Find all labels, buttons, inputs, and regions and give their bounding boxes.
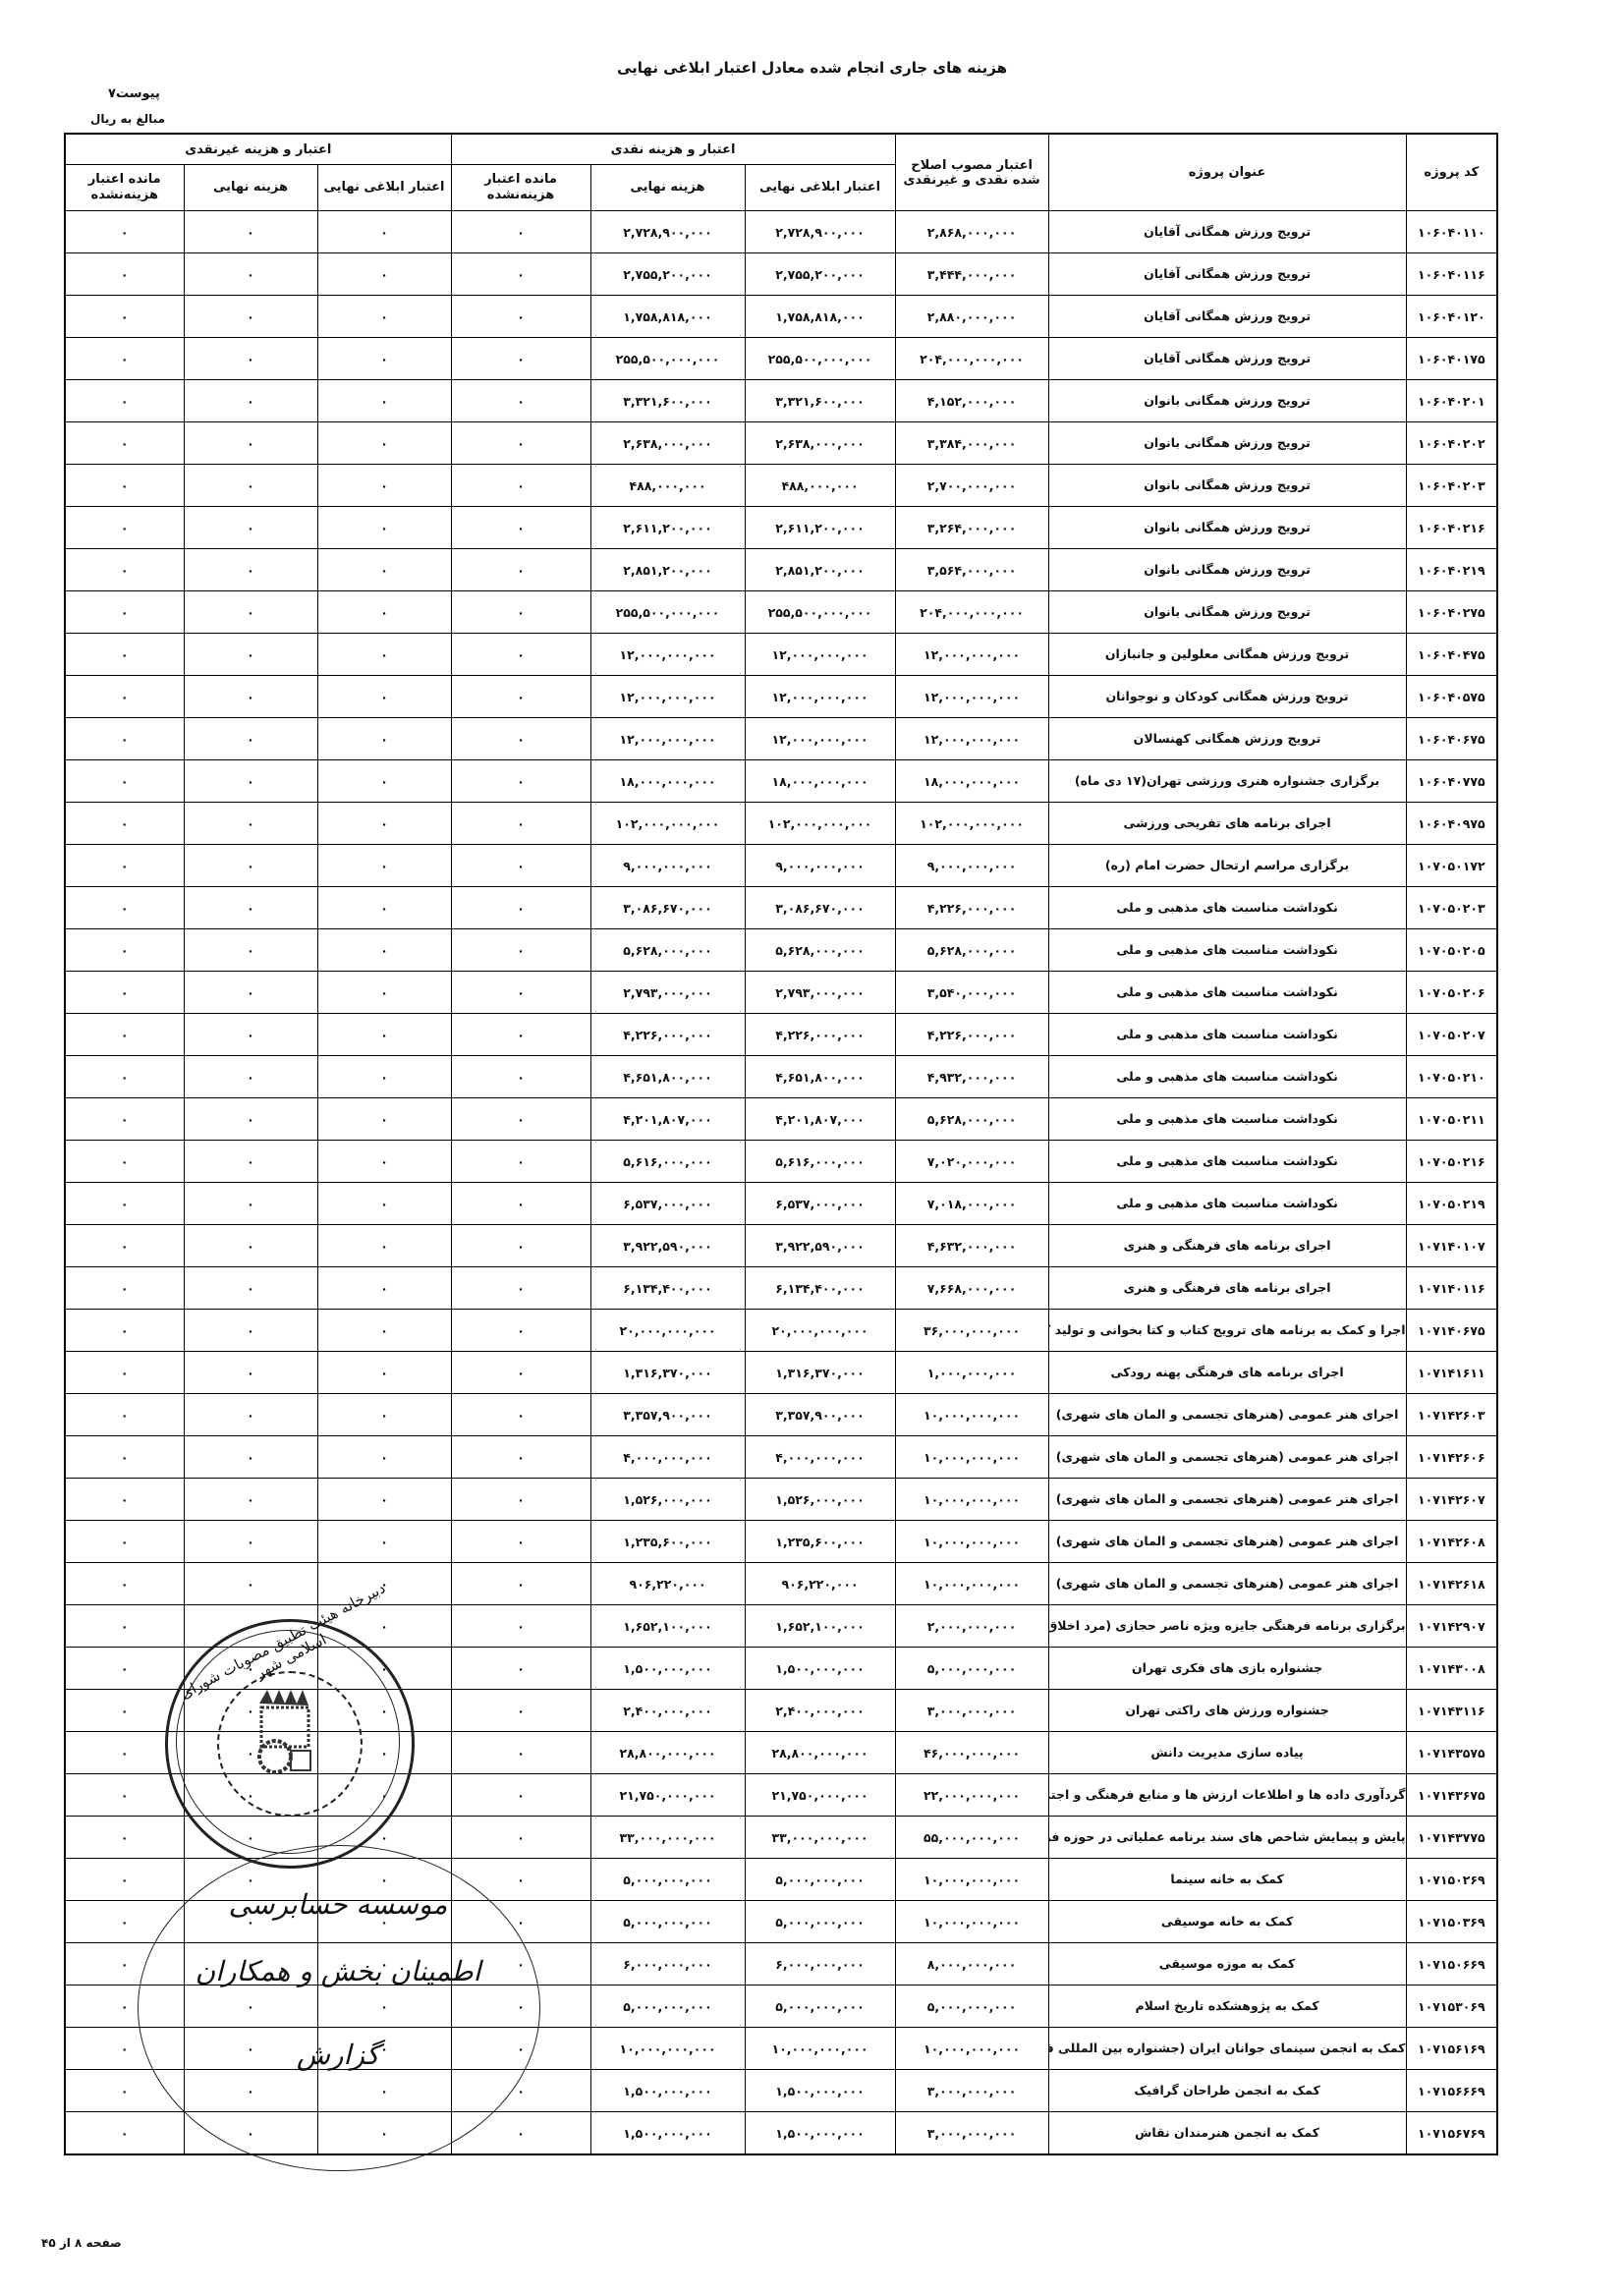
noncash-expense-cell: ٠	[184, 380, 317, 422]
cash-expense-cell: ۴,۲۲۶,۰۰۰,۰۰۰	[590, 1014, 745, 1056]
noncash-unspent-cell: ٠	[65, 1267, 184, 1310]
cash-unspent-cell: ٠	[451, 760, 590, 803]
table-row: ٠٠٠٠۲۵۵,۵۰۰,۰۰۰,۰۰۰۲۵۵,۵۰۰,۰۰۰,۰۰۰۲۰۴,۰۰…	[65, 591, 1497, 634]
noncash-expense-cell: ٠	[184, 1225, 317, 1267]
noncash-expense-cell: ٠	[184, 1479, 317, 1521]
cash-allocation-cell: ۴,۲۰۱,۸۰۷,۰۰۰	[745, 1098, 895, 1141]
approved-revised-cell: ۴,۶۳۲,۰۰۰,۰۰۰	[895, 1225, 1048, 1267]
approved-revised-cell: ۷,۰۱۸,۰۰۰,۰۰۰	[895, 1183, 1048, 1225]
noncash-unspent-cell: ٠	[65, 380, 184, 422]
table-row: ٠٠٠٠۳,۹۲۲,۵۹۰,۰۰۰۳,۹۲۲,۵۹۰,۰۰۰۴,۶۳۲,۰۰۰,…	[65, 1225, 1497, 1267]
project-title-cell: کمک به انجمن سینمای جوانان ایران (جشنوار…	[1048, 2028, 1406, 2070]
noncash-unspent-cell: ٠	[65, 1014, 184, 1056]
noncash-unspent-cell: ٠	[65, 1943, 184, 1985]
approved-revised-cell: ۲۰۴,۰۰۰,۰۰۰,۰۰۰	[895, 591, 1048, 634]
approved-revised-cell: ۱۲,۰۰۰,۰۰۰,۰۰۰	[895, 718, 1048, 760]
cash-expense-cell: ۱,۵۰۰,۰۰۰,۰۰۰	[590, 1648, 745, 1690]
noncash-unspent-cell: ٠	[65, 1563, 184, 1605]
noncash-allocation-cell: ٠	[317, 634, 451, 676]
cash-allocation-cell: ۲,۷۵۵,۲۰۰,۰۰۰	[745, 253, 895, 296]
project-title-cell: اجرا و کمک به برنامه های ترویج کتاب و کت…	[1048, 1310, 1406, 1352]
table-row: ٠٠٠٠۹۰۶,۲۲۰,۰۰۰۹۰۶,۲۲۰,۰۰۰۱۰,۰۰۰,۰۰۰,۰۰۰…	[65, 1563, 1497, 1605]
cash-allocation-cell: ۱۰۲,۰۰۰,۰۰۰,۰۰۰	[745, 803, 895, 845]
table-row: ٠٠٠٠۱۲,۰۰۰,۰۰۰,۰۰۰۱۲,۰۰۰,۰۰۰,۰۰۰۱۲,۰۰۰,۰…	[65, 634, 1497, 676]
table-row: ٠٠٠٠۵,۶۲۸,۰۰۰,۰۰۰۵,۶۲۸,۰۰۰,۰۰۰۵,۶۲۸,۰۰۰,…	[65, 929, 1497, 972]
table-row: ٠٠٠٠۵,۰۰۰,۰۰۰,۰۰۰۵,۰۰۰,۰۰۰,۰۰۰۱۰,۰۰۰,۰۰۰…	[65, 1859, 1497, 1901]
noncash-allocation-cell: ٠	[317, 1225, 451, 1267]
cash-allocation-cell: ۱۸,۰۰۰,۰۰۰,۰۰۰	[745, 760, 895, 803]
noncash-allocation-cell: ٠	[317, 211, 451, 253]
table-row: ٠٠٠٠۱,۶۵۲,۱۰۰,۰۰۰۱,۶۵۲,۱۰۰,۰۰۰۲,۰۰۰,۰۰۰,…	[65, 1605, 1497, 1648]
table-row: ٠٠٠٠۹,۰۰۰,۰۰۰,۰۰۰۹,۰۰۰,۰۰۰,۰۰۰۹,۰۰۰,۰۰۰,…	[65, 845, 1497, 887]
noncash-expense-cell: ٠	[184, 507, 317, 549]
cash-allocation-cell: ۱,۵۰۰,۰۰۰,۰۰۰	[745, 2112, 895, 2155]
cash-unspent-cell: ٠	[451, 422, 590, 465]
cash-allocation-cell: ۵,۶۱۶,۰۰۰,۰۰۰	[745, 1141, 895, 1183]
cash-unspent-cell: ٠	[451, 972, 590, 1014]
project-title-cell: اجرای برنامه های فرهنگی پهنه رودکی	[1048, 1352, 1406, 1394]
cash-allocation-cell: ۶,۰۰۰,۰۰۰,۰۰۰	[745, 1943, 895, 1985]
cash-unspent-cell: ٠	[451, 2112, 590, 2155]
table-row: ٠٠٠٠۳,۰۸۶,۶۷۰,۰۰۰۳,۰۸۶,۶۷۰,۰۰۰۴,۲۲۶,۰۰۰,…	[65, 887, 1497, 929]
cash-expense-cell: ۱۲,۰۰۰,۰۰۰,۰۰۰	[590, 634, 745, 676]
project-code-cell: ۱۰۷۱۴۳۵۷۵	[1406, 1732, 1497, 1774]
table-row: ٠٠٠٠۱۸,۰۰۰,۰۰۰,۰۰۰۱۸,۰۰۰,۰۰۰,۰۰۰۱۸,۰۰۰,۰…	[65, 760, 1497, 803]
approved-revised-cell: ۷,۶۶۸,۰۰۰,۰۰۰	[895, 1267, 1048, 1310]
cash-expense-cell: ۴,۲۰۱,۸۰۷,۰۰۰	[590, 1098, 745, 1141]
cash-unspent-cell: ٠	[451, 1563, 590, 1605]
header-approved-revised: اعتبار مصوب اصلاح شده نقدی و غیرنقدی	[895, 134, 1048, 211]
cash-expense-cell: ۲,۴۰۰,۰۰۰,۰۰۰	[590, 1690, 745, 1732]
noncash-allocation-cell: ٠	[317, 1394, 451, 1436]
noncash-expense-cell: ٠	[184, 887, 317, 929]
cash-allocation-cell: ۱۲,۰۰۰,۰۰۰,۰۰۰	[745, 634, 895, 676]
header-noncash-final-expense: هزینه نهایی	[184, 165, 317, 211]
approved-revised-cell: ۴,۹۳۲,۰۰۰,۰۰۰	[895, 1056, 1048, 1098]
noncash-allocation-cell: ٠	[317, 1056, 451, 1098]
project-title-cell: برگزاری جشنواره هنری ورزشی تهران(۱۷ دی م…	[1048, 760, 1406, 803]
cash-expense-cell: ۵,۰۰۰,۰۰۰,۰۰۰	[590, 1859, 745, 1901]
cash-expense-cell: ۶,۰۰۰,۰۰۰,۰۰۰	[590, 1943, 745, 1985]
cash-expense-cell: ۳,۳۲۱,۶۰۰,۰۰۰	[590, 380, 745, 422]
cash-allocation-cell: ۲,۸۵۱,۲۰۰,۰۰۰	[745, 549, 895, 591]
noncash-unspent-cell: ٠	[65, 338, 184, 380]
approved-revised-cell: ۱۰,۰۰۰,۰۰۰,۰۰۰	[895, 1901, 1048, 1943]
noncash-unspent-cell: ٠	[65, 591, 184, 634]
approved-revised-cell: ۲,۰۰۰,۰۰۰,۰۰۰	[895, 1605, 1048, 1648]
cash-unspent-cell: ٠	[451, 1098, 590, 1141]
cash-expense-cell: ۲۵۵,۵۰۰,۰۰۰,۰۰۰	[590, 338, 745, 380]
noncash-allocation-cell: ٠	[317, 2070, 451, 2112]
cash-expense-cell: ۲۸,۸۰۰,۰۰۰,۰۰۰	[590, 1732, 745, 1774]
table-row: ٠٠٠٠۱,۵۰۰,۰۰۰,۰۰۰۱,۵۰۰,۰۰۰,۰۰۰۳,۰۰۰,۰۰۰,…	[65, 2070, 1497, 2112]
cash-allocation-cell: ۶,۱۳۴,۴۰۰,۰۰۰	[745, 1267, 895, 1310]
noncash-unspent-cell: ٠	[65, 887, 184, 929]
cash-allocation-cell: ۵,۰۰۰,۰۰۰,۰۰۰	[745, 1901, 895, 1943]
noncash-allocation-cell: ٠	[317, 803, 451, 845]
noncash-allocation-cell: ٠	[317, 1563, 451, 1605]
cash-unspent-cell: ٠	[451, 803, 590, 845]
cash-unspent-cell: ٠	[451, 549, 590, 591]
project-title-cell: نکوداشت مناسبت های مذهبی و ملی	[1048, 1056, 1406, 1098]
project-code-cell: ۱۰۷۱۵۶۷۶۹	[1406, 2112, 1497, 2155]
page-title: هزینه های جاری انجام شده معادل اعتبار اب…	[0, 59, 1624, 77]
approved-revised-cell: ۲,۷۰۰,۰۰۰,۰۰۰	[895, 465, 1048, 507]
noncash-allocation-cell: ٠	[317, 1183, 451, 1225]
noncash-expense-cell: ٠	[184, 1267, 317, 1310]
noncash-allocation-cell: ٠	[317, 760, 451, 803]
project-code-cell: ۱۰۷۱۴۳۷۷۵	[1406, 1817, 1497, 1859]
approved-revised-cell: ۲۰۴,۰۰۰,۰۰۰,۰۰۰	[895, 338, 1048, 380]
noncash-unspent-cell: ٠	[65, 1732, 184, 1774]
project-title-cell: کمک به خانه سینما	[1048, 1859, 1406, 1901]
project-code-cell: ۱۰۷۱۵۶۶۶۹	[1406, 2070, 1497, 2112]
project-title-cell: ترویج ورزش همگانی بانوان	[1048, 465, 1406, 507]
cash-allocation-cell: ۵,۶۲۸,۰۰۰,۰۰۰	[745, 929, 895, 972]
approved-revised-cell: ۱۲,۰۰۰,۰۰۰,۰۰۰	[895, 676, 1048, 718]
cash-expense-cell: ۱۰۲,۰۰۰,۰۰۰,۰۰۰	[590, 803, 745, 845]
noncash-expense-cell: ٠	[184, 760, 317, 803]
project-title-cell: کمک به خانه موسیقی	[1048, 1901, 1406, 1943]
noncash-allocation-cell: ٠	[317, 972, 451, 1014]
table-row: ٠٠٠٠۲۸,۸۰۰,۰۰۰,۰۰۰۲۸,۸۰۰,۰۰۰,۰۰۰۴۶,۰۰۰,۰…	[65, 1732, 1497, 1774]
cash-expense-cell: ۱,۷۵۸,۸۱۸,۰۰۰	[590, 296, 745, 338]
noncash-allocation-cell: ٠	[317, 2112, 451, 2155]
approved-revised-cell: ۳,۲۶۴,۰۰۰,۰۰۰	[895, 507, 1048, 549]
project-title-cell: ترویج ورزش همگانی آقایان	[1048, 338, 1406, 380]
approved-revised-cell: ۹,۰۰۰,۰۰۰,۰۰۰	[895, 845, 1048, 887]
project-title-cell: ترویج ورزش همگانی معلولین و جانبازان	[1048, 634, 1406, 676]
noncash-expense-cell: ٠	[184, 1014, 317, 1056]
header-project-code: کد پروژه	[1406, 134, 1497, 211]
noncash-expense-cell: ٠	[184, 1817, 317, 1859]
noncash-allocation-cell: ٠	[317, 1352, 451, 1394]
cash-unspent-cell: ٠	[451, 211, 590, 253]
noncash-allocation-cell: ٠	[317, 296, 451, 338]
noncash-allocation-cell: ٠	[317, 1141, 451, 1183]
cash-allocation-cell: ۲,۶۱۱,۲۰۰,۰۰۰	[745, 507, 895, 549]
approved-revised-cell: ۱۰,۰۰۰,۰۰۰,۰۰۰	[895, 1436, 1048, 1479]
noncash-unspent-cell: ٠	[65, 422, 184, 465]
cash-unspent-cell: ٠	[451, 465, 590, 507]
project-title-cell: ترویج ورزش همگانی آقایان	[1048, 253, 1406, 296]
cash-allocation-cell: ۲,۴۰۰,۰۰۰,۰۰۰	[745, 1690, 895, 1732]
project-title-cell: نکوداشت مناسبت های مذهبی و ملی	[1048, 1183, 1406, 1225]
noncash-allocation-cell: ٠	[317, 845, 451, 887]
cash-allocation-cell: ۲,۷۹۳,۰۰۰,۰۰۰	[745, 972, 895, 1014]
approved-revised-cell: ۵,۰۰۰,۰۰۰,۰۰۰	[895, 1648, 1048, 1690]
cash-unspent-cell: ٠	[451, 1352, 590, 1394]
project-code-cell: ۱۰۷۱۵۰۳۶۹	[1406, 1901, 1497, 1943]
cash-allocation-cell: ۲۵۵,۵۰۰,۰۰۰,۰۰۰	[745, 338, 895, 380]
noncash-unspent-cell: ٠	[65, 634, 184, 676]
noncash-unspent-cell: ٠	[65, 718, 184, 760]
cash-allocation-cell: ۲۱,۷۵۰,۰۰۰,۰۰۰	[745, 1774, 895, 1817]
cash-allocation-cell: ۴,۰۰۰,۰۰۰,۰۰۰	[745, 1436, 895, 1479]
noncash-expense-cell: ٠	[184, 211, 317, 253]
noncash-unspent-cell: ٠	[65, 1310, 184, 1352]
approved-revised-cell: ۱۰,۰۰۰,۰۰۰,۰۰۰	[895, 1521, 1048, 1563]
cash-allocation-cell: ۳,۳۵۷,۹۰۰,۰۰۰	[745, 1394, 895, 1436]
cash-unspent-cell: ٠	[451, 2070, 590, 2112]
cash-allocation-cell: ۱۲,۰۰۰,۰۰۰,۰۰۰	[745, 718, 895, 760]
cash-unspent-cell: ٠	[451, 1436, 590, 1479]
cash-expense-cell: ۵,۶۱۶,۰۰۰,۰۰۰	[590, 1141, 745, 1183]
project-title-cell: ترویج ورزش همگانی بانوان	[1048, 422, 1406, 465]
noncash-unspent-cell: ٠	[65, 1648, 184, 1690]
project-title-cell: جشنواره بازی های فکری تهران	[1048, 1648, 1406, 1690]
project-title-cell: جشنواره ورزش های راکتی تهران	[1048, 1690, 1406, 1732]
noncash-allocation-cell: ٠	[317, 1648, 451, 1690]
cash-allocation-cell: ۲۰,۰۰۰,۰۰۰,۰۰۰	[745, 1310, 895, 1352]
noncash-expense-cell: ٠	[184, 1563, 317, 1605]
cash-allocation-cell: ۴,۶۵۱,۸۰۰,۰۰۰	[745, 1056, 895, 1098]
table-row: ٠٠٠٠۳۳,۰۰۰,۰۰۰,۰۰۰۳۳,۰۰۰,۰۰۰,۰۰۰۵۵,۰۰۰,۰…	[65, 1817, 1497, 1859]
approved-revised-cell: ۴,۱۵۲,۰۰۰,۰۰۰	[895, 380, 1048, 422]
cash-allocation-cell: ۴۸۸,۰۰۰,۰۰۰	[745, 465, 895, 507]
noncash-unspent-cell: ٠	[65, 803, 184, 845]
cash-unspent-cell: ٠	[451, 1901, 590, 1943]
project-code-cell: ۱۰۶۰۴۰۲۷۵	[1406, 591, 1497, 634]
noncash-unspent-cell: ٠	[65, 1859, 184, 1901]
noncash-allocation-cell: ٠	[317, 1479, 451, 1521]
cash-allocation-cell: ۲۵۵,۵۰۰,۰۰۰,۰۰۰	[745, 591, 895, 634]
noncash-unspent-cell: ٠	[65, 1774, 184, 1817]
noncash-unspent-cell: ٠	[65, 1479, 184, 1521]
noncash-expense-cell: ٠	[184, 1521, 317, 1563]
currency-unit-label: مبالغ به ریال	[90, 112, 165, 126]
noncash-unspent-cell: ٠	[65, 1352, 184, 1394]
approved-revised-cell: ۱۸,۰۰۰,۰۰۰,۰۰۰	[895, 760, 1048, 803]
cash-expense-cell: ۱,۵۰۰,۰۰۰,۰۰۰	[590, 2070, 745, 2112]
cash-expense-cell: ۴,۰۰۰,۰۰۰,۰۰۰	[590, 1436, 745, 1479]
noncash-unspent-cell: ٠	[65, 760, 184, 803]
table-row: ٠٠٠٠۴۸۸,۰۰۰,۰۰۰۴۸۸,۰۰۰,۰۰۰۲,۷۰۰,۰۰۰,۰۰۰ت…	[65, 465, 1497, 507]
project-title-cell: اجرای هنر عمومی (هنرهای تجسمی و المان ها…	[1048, 1521, 1406, 1563]
project-code-cell: ۱۰۷۱۵۳۰۶۹	[1406, 1985, 1497, 2028]
project-title-cell: اجرای برنامه های تفریحی ورزشی	[1048, 803, 1406, 845]
project-title-cell: برگزاری مراسم ارتحال حضرت امام (ره)	[1048, 845, 1406, 887]
noncash-allocation-cell: ٠	[317, 422, 451, 465]
noncash-allocation-cell: ٠	[317, 507, 451, 549]
cash-allocation-cell: ۱۰,۰۰۰,۰۰۰,۰۰۰	[745, 2028, 895, 2070]
project-code-cell: ۱۰۷۱۴۱۶۱۱	[1406, 1352, 1497, 1394]
table-row: ٠٠٠٠۱,۷۵۸,۸۱۸,۰۰۰۱,۷۵۸,۸۱۸,۰۰۰۲,۸۸۰,۰۰۰,…	[65, 296, 1497, 338]
table-row: ٠٠٠٠۲,۷۲۸,۹۰۰,۰۰۰۲,۷۲۸,۹۰۰,۰۰۰۲,۸۶۸,۰۰۰,…	[65, 211, 1497, 253]
table-row: ٠٠٠٠۴,۶۵۱,۸۰۰,۰۰۰۴,۶۵۱,۸۰۰,۰۰۰۴,۹۳۲,۰۰۰,…	[65, 1056, 1497, 1098]
project-code-cell: ۱۰۶۰۴۰۲۰۲	[1406, 422, 1497, 465]
cash-allocation-cell: ۹۰۶,۲۲۰,۰۰۰	[745, 1563, 895, 1605]
noncash-expense-cell: ٠	[184, 1605, 317, 1648]
table-row: ٠٠٠٠۴,۰۰۰,۰۰۰,۰۰۰۴,۰۰۰,۰۰۰,۰۰۰۱۰,۰۰۰,۰۰۰…	[65, 1436, 1497, 1479]
cash-expense-cell: ۵,۶۲۸,۰۰۰,۰۰۰	[590, 929, 745, 972]
noncash-unspent-cell: ٠	[65, 2028, 184, 2070]
noncash-unspent-cell: ٠	[65, 1985, 184, 2028]
project-code-cell: ۱۰۷۱۴۲۶۰۷	[1406, 1479, 1497, 1521]
cash-unspent-cell: ٠	[451, 507, 590, 549]
cash-allocation-cell: ۲۸,۸۰۰,۰۰۰,۰۰۰	[745, 1732, 895, 1774]
project-code-cell: ۱۰۷۱۴۰۱۱۶	[1406, 1267, 1497, 1310]
approved-revised-cell: ۸,۰۰۰,۰۰۰,۰۰۰	[895, 1943, 1048, 1985]
project-code-cell: ۱۰۶۰۴۰۱۲۰	[1406, 296, 1497, 338]
cash-expense-cell: ۶,۵۳۷,۰۰۰,۰۰۰	[590, 1183, 745, 1225]
cash-allocation-cell: ۱۲,۰۰۰,۰۰۰,۰۰۰	[745, 676, 895, 718]
header-noncash-group: اعتبار و هزینه غیرنقدی	[65, 134, 451, 165]
noncash-expense-cell: ٠	[184, 2070, 317, 2112]
project-code-cell: ۱۰۷۱۴۰۱۰۷	[1406, 1225, 1497, 1267]
noncash-expense-cell: ٠	[184, 634, 317, 676]
cash-unspent-cell: ٠	[451, 296, 590, 338]
cash-unspent-cell: ٠	[451, 253, 590, 296]
cash-unspent-cell: ٠	[451, 1774, 590, 1817]
noncash-allocation-cell: ٠	[317, 718, 451, 760]
noncash-expense-cell: ٠	[184, 676, 317, 718]
project-code-cell: ۱۰۷۱۴۲۶۰۶	[1406, 1436, 1497, 1479]
noncash-allocation-cell: ٠	[317, 1521, 451, 1563]
noncash-unspent-cell: ٠	[65, 1605, 184, 1648]
project-title-cell: نکوداشت مناسبت های مذهبی و ملی	[1048, 1141, 1406, 1183]
approved-revised-cell: ۱۲,۰۰۰,۰۰۰,۰۰۰	[895, 634, 1048, 676]
project-code-cell: ۱۰۶۰۴۰۴۷۵	[1406, 634, 1497, 676]
cash-expense-cell: ۲,۶۳۸,۰۰۰,۰۰۰	[590, 422, 745, 465]
noncash-expense-cell: ٠	[184, 803, 317, 845]
cash-unspent-cell: ٠	[451, 1014, 590, 1056]
cash-expense-cell: ۱۸,۰۰۰,۰۰۰,۰۰۰	[590, 760, 745, 803]
project-code-cell: ۱۰۷۰۵۰۲۱۹	[1406, 1183, 1497, 1225]
noncash-expense-cell: ٠	[184, 1859, 317, 1901]
project-code-cell: ۱۰۷۱۴۳۶۷۵	[1406, 1774, 1497, 1817]
table-row: ٠٠٠٠۴,۲۲۶,۰۰۰,۰۰۰۴,۲۲۶,۰۰۰,۰۰۰۴,۲۲۶,۰۰۰,…	[65, 1014, 1497, 1056]
cash-expense-cell: ۱,۶۵۲,۱۰۰,۰۰۰	[590, 1605, 745, 1648]
noncash-unspent-cell: ٠	[65, 1225, 184, 1267]
table-row: ٠٠٠٠۱,۵۰۰,۰۰۰,۰۰۰۱,۵۰۰,۰۰۰,۰۰۰۳,۰۰۰,۰۰۰,…	[65, 2112, 1497, 2155]
noncash-expense-cell: ٠	[184, 972, 317, 1014]
approved-revised-cell: ۴,۲۲۶,۰۰۰,۰۰۰	[895, 1014, 1048, 1056]
noncash-unspent-cell: ٠	[65, 1098, 184, 1141]
noncash-expense-cell: ٠	[184, 2112, 317, 2155]
project-code-cell: ۱۰۶۰۴۰۷۷۵	[1406, 760, 1497, 803]
noncash-allocation-cell: ٠	[317, 1901, 451, 1943]
project-code-cell: ۱۰۷۰۵۰۲۰۶	[1406, 972, 1497, 1014]
project-code-cell: ۱۰۷۱۵۶۱۶۹	[1406, 2028, 1497, 2070]
noncash-expense-cell: ٠	[184, 845, 317, 887]
noncash-unspent-cell: ٠	[65, 1436, 184, 1479]
cash-allocation-cell: ۵,۰۰۰,۰۰۰,۰۰۰	[745, 1859, 895, 1901]
approved-revised-cell: ۱۰۲,۰۰۰,۰۰۰,۰۰۰	[895, 803, 1048, 845]
table-row: ٠٠٠٠۵,۶۱۶,۰۰۰,۰۰۰۵,۶۱۶,۰۰۰,۰۰۰۷,۰۲۰,۰۰۰,…	[65, 1141, 1497, 1183]
noncash-unspent-cell: ٠	[65, 676, 184, 718]
project-title-cell: برگزاری برنامه فرهنگی جایزه ویژه ناصر حج…	[1048, 1605, 1406, 1648]
table-row: ٠٠٠٠۶,۱۳۴,۴۰۰,۰۰۰۶,۱۳۴,۴۰۰,۰۰۰۷,۶۶۸,۰۰۰,…	[65, 1267, 1497, 1310]
cash-expense-cell: ۲,۷۲۸,۹۰۰,۰۰۰	[590, 211, 745, 253]
table-row: ٠٠٠٠۳,۳۲۱,۶۰۰,۰۰۰۳,۳۲۱,۶۰۰,۰۰۰۴,۱۵۲,۰۰۰,…	[65, 380, 1497, 422]
project-title-cell: ترویج ورزش همگانی آقایان	[1048, 296, 1406, 338]
cash-unspent-cell: ٠	[451, 1943, 590, 1985]
cash-expense-cell: ۶,۱۳۴,۴۰۰,۰۰۰	[590, 1267, 745, 1310]
cash-allocation-cell: ۲,۶۳۸,۰۰۰,۰۰۰	[745, 422, 895, 465]
noncash-allocation-cell: ٠	[317, 1859, 451, 1901]
project-title-cell: پیاده سازی مدیریت دانش	[1048, 1732, 1406, 1774]
cash-expense-cell: ۱۰,۰۰۰,۰۰۰,۰۰۰	[590, 2028, 745, 2070]
noncash-unspent-cell: ٠	[65, 549, 184, 591]
noncash-expense-cell: ٠	[184, 338, 317, 380]
noncash-expense-cell: ٠	[184, 2028, 317, 2070]
approved-revised-cell: ۵,۰۰۰,۰۰۰,۰۰۰	[895, 1985, 1048, 2028]
noncash-expense-cell: ٠	[184, 718, 317, 760]
project-title-cell: نکوداشت مناسبت های مذهبی و ملی	[1048, 1098, 1406, 1141]
header-cash-final-allocation: اعتبار ابلاغی نهایی	[745, 165, 895, 211]
approved-revised-cell: ۱۰,۰۰۰,۰۰۰,۰۰۰	[895, 1479, 1048, 1521]
project-title-cell: ترویج ورزش همگانی بانوان	[1048, 591, 1406, 634]
noncash-expense-cell: ٠	[184, 549, 317, 591]
project-code-cell: ۱۰۶۰۴۰۹۷۵	[1406, 803, 1497, 845]
approved-revised-cell: ۱۰,۰۰۰,۰۰۰,۰۰۰	[895, 1394, 1048, 1436]
table-row: ٠٠٠٠۱,۵۰۰,۰۰۰,۰۰۰۱,۵۰۰,۰۰۰,۰۰۰۵,۰۰۰,۰۰۰,…	[65, 1648, 1497, 1690]
project-title-cell: ترویج ورزش همگانی کهنسالان	[1048, 718, 1406, 760]
noncash-expense-cell: ٠	[184, 1985, 317, 2028]
noncash-allocation-cell: ٠	[317, 1774, 451, 1817]
noncash-allocation-cell: ٠	[317, 1310, 451, 1352]
approved-revised-cell: ۳,۴۴۴,۰۰۰,۰۰۰	[895, 253, 1048, 296]
project-code-cell: ۱۰۷۰۵۰۲۰۳	[1406, 887, 1497, 929]
approved-revised-cell: ۳,۵۴۰,۰۰۰,۰۰۰	[895, 972, 1048, 1014]
cash-allocation-cell: ۱,۲۳۵,۶۰۰,۰۰۰	[745, 1521, 895, 1563]
cash-expense-cell: ۲۵۵,۵۰۰,۰۰۰,۰۰۰	[590, 591, 745, 634]
noncash-unspent-cell: ٠	[65, 1521, 184, 1563]
approved-revised-cell: ۳۶,۰۰۰,۰۰۰,۰۰۰	[895, 1310, 1048, 1352]
cash-expense-cell: ۲,۷۹۳,۰۰۰,۰۰۰	[590, 972, 745, 1014]
project-code-cell: ۱۰۷۱۴۲۹۰۷	[1406, 1605, 1497, 1648]
noncash-unspent-cell: ٠	[65, 2112, 184, 2155]
annex-label: پیوست۷	[108, 86, 160, 101]
cash-allocation-cell: ۳,۰۸۶,۶۷۰,۰۰۰	[745, 887, 895, 929]
cash-allocation-cell: ۳۳,۰۰۰,۰۰۰,۰۰۰	[745, 1817, 895, 1859]
noncash-expense-cell: ٠	[184, 1183, 317, 1225]
cash-unspent-cell: ٠	[451, 1985, 590, 2028]
approved-revised-cell: ۲,۸۶۸,۰۰۰,۰۰۰	[895, 211, 1048, 253]
header-noncash-unspent: مانده اعتبار هزینه‌نشده	[65, 165, 184, 211]
table-row: ٠٠٠٠۲۱,۷۵۰,۰۰۰,۰۰۰۲۱,۷۵۰,۰۰۰,۰۰۰۲۲,۰۰۰,۰…	[65, 1774, 1497, 1817]
cash-allocation-cell: ۶,۵۳۷,۰۰۰,۰۰۰	[745, 1183, 895, 1225]
cash-expense-cell: ۱,۲۳۵,۶۰۰,۰۰۰	[590, 1521, 745, 1563]
project-code-cell: ۱۰۷۱۴۳۱۱۶	[1406, 1690, 1497, 1732]
cash-expense-cell: ۵,۰۰۰,۰۰۰,۰۰۰	[590, 1901, 745, 1943]
cash-unspent-cell: ٠	[451, 1267, 590, 1310]
noncash-unspent-cell: ٠	[65, 465, 184, 507]
noncash-expense-cell: ٠	[184, 1901, 317, 1943]
project-code-cell: ۱۰۶۰۴۰۲۱۹	[1406, 549, 1497, 591]
noncash-expense-cell: ٠	[184, 1436, 317, 1479]
cash-allocation-cell: ۱,۵۲۶,۰۰۰,۰۰۰	[745, 1479, 895, 1521]
project-title-cell: نکوداشت مناسبت های مذهبی و ملی	[1048, 887, 1406, 929]
header-cash-unspent: مانده اعتبار هزینه‌نشده	[451, 165, 590, 211]
project-code-cell: ۱۰۷۱۵۰۶۶۹	[1406, 1943, 1497, 1985]
noncash-allocation-cell: ٠	[317, 1943, 451, 1985]
cash-expense-cell: ۳۳,۰۰۰,۰۰۰,۰۰۰	[590, 1817, 745, 1859]
noncash-allocation-cell: ٠	[317, 676, 451, 718]
cash-unspent-cell: ٠	[451, 1605, 590, 1648]
table-row: ٠٠٠٠۵,۰۰۰,۰۰۰,۰۰۰۵,۰۰۰,۰۰۰,۰۰۰۱۰,۰۰۰,۰۰۰…	[65, 1901, 1497, 1943]
noncash-unspent-cell: ٠	[65, 211, 184, 253]
noncash-allocation-cell: ٠	[317, 380, 451, 422]
noncash-expense-cell: ٠	[184, 465, 317, 507]
approved-revised-cell: ۵,۶۲۸,۰۰۰,۰۰۰	[895, 929, 1048, 972]
noncash-expense-cell: ٠	[184, 1943, 317, 1985]
table-row: ٠٠٠٠۲,۷۹۳,۰۰۰,۰۰۰۲,۷۹۳,۰۰۰,۰۰۰۳,۵۴۰,۰۰۰,…	[65, 972, 1497, 1014]
cash-unspent-cell: ٠	[451, 1183, 590, 1225]
cash-unspent-cell: ٠	[451, 380, 590, 422]
cash-unspent-cell: ٠	[451, 1690, 590, 1732]
